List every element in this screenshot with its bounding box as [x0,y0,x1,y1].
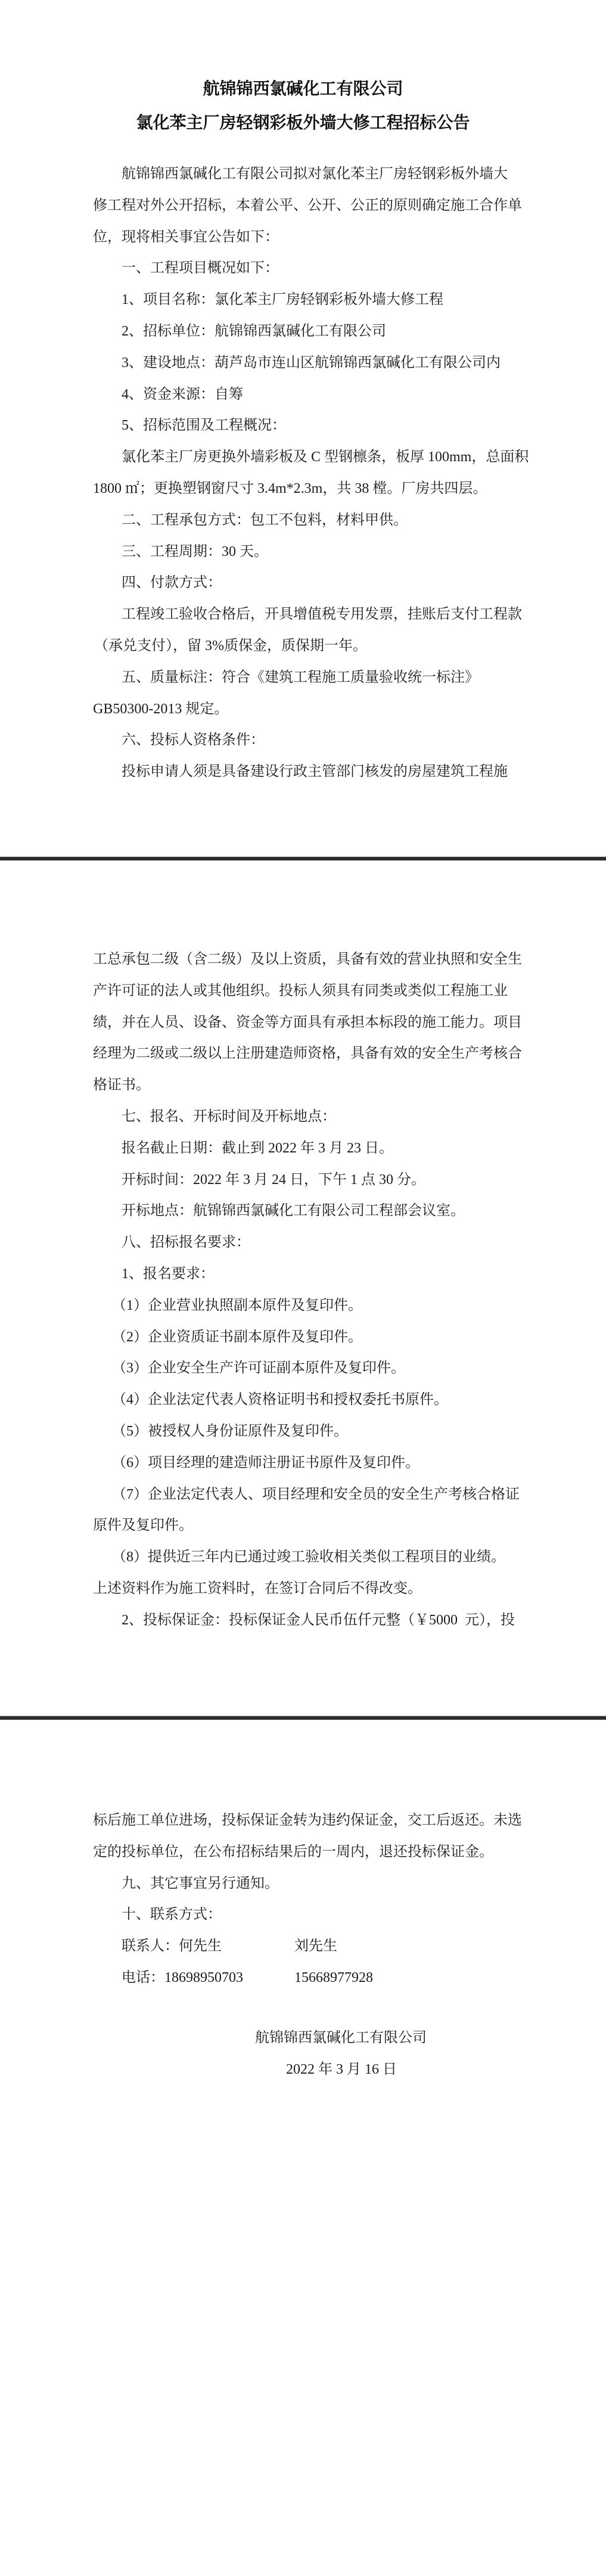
text-line: 五、质量标注：符合《建筑工程施工质量验收统一标注》 [0,669,606,686]
text-line: 修工程对外公开招标，本着公平、公开、公正的原则确定施工合作单 [0,197,606,215]
text-line: 报名截止日期：截止到 2022 年 3 月 23 日。 [0,1139,606,1157]
text-line: 开标时间：2022 年 3 月 24 日，下午 1 点 30 分。 [0,1171,606,1189]
text-line: 4、资金来源：自筹 [0,386,606,403]
document-subtitle: 氯化苯主厂房轻钢彩板外墙大修工程招标公告 [0,113,606,133]
signature-line: 航锦锦西氯碱化工有限公司 [0,2029,606,2047]
text-line: 开标地点：航锦锦西氯碱化工有限公司工程部会议室。 [0,1202,606,1220]
text-line: 绩，并在人员、设备、资金等方面具有承担本标段的施工能力。项目 [0,1014,606,1031]
text-line: 二、工程承包方式：包工不包料，材料甲供。 [0,511,606,529]
text-line: 格证书。 [0,1076,606,1094]
text-line: 1、项目名称：氯化苯主厂房轻钢彩板外墙大修工程 [0,291,606,309]
page-separator [0,857,606,860]
text-line: （3）企业安全生产许可证副本原件及复印件。 [0,1359,606,1377]
text-line: （7）企业法定代表人、项目经理和安全员的安全生产考核合格证 [0,1486,606,1503]
text-line: 工总承包二级（含二级）及以上资质，具备有效的营业执照和安全生 [0,950,606,968]
text-line: （6）项目经理的建造师注册证书原件及复印件。 [0,1454,606,1472]
text-line: 1800 ㎡；更换塑钢窗尺寸 3.4m*2.3m，共 38 樘。厂房共四层。 [0,480,606,498]
text-line: 六、投标人资格条件： [0,731,606,749]
page-separator [0,1716,606,1720]
text-line: 七、报名、开标时间及开标地点： [0,1108,606,1126]
text-line: 1、报名要求： [0,1265,606,1283]
contact-col-2: 刘先生 [294,1937,337,1955]
text-line: 标后施工单位进场，投标保证金转为违约保证金，交工后返还。未选 [0,1811,606,1829]
text-line: 定的投标单位，在公布招标结果后的一周内，退还投标保证金。 [0,1843,606,1861]
text-line: 一、工程项目概况如下： [0,259,606,277]
text-line: （1）企业营业执照副本原件及复印件。 [0,1297,606,1315]
text-line: GB50300-2013 规定。 [0,700,606,718]
text-line: 位，现将相关事宜公告如下： [0,228,606,246]
text-line: 产许可证的法人或其他组织。投标人须具有同类或类似工程施工业 [0,982,606,1000]
text-line: （承兑支付），留 3%质保金，质保期一年。 [0,637,606,655]
text-line: 工程竣工验收合格后，开具增值税专用发票，挂账后支付工程款 [0,605,606,623]
text-line: 三、工程周期：30 天。 [0,543,606,561]
text-line: （4）企业法定代表人资格证明书和授权委托书原件。 [0,1391,606,1409]
text-line: 原件及复印件。 [0,1517,606,1534]
contact-col-2: 15668977928 [294,1969,373,1987]
text-line: 5、招标范围及工程概况： [0,417,606,434]
date-line: 2022 年 3 月 16 日 [0,2061,606,2078]
text-line: （5）被授权人身份证原件及复印件。 [0,1422,606,1440]
text-line: 十、联系方式： [0,1906,606,1924]
text-line: （2）企业资质证书副本原件及复印件。 [0,1328,606,1346]
text-line: 八、招标报名要求： [0,1233,606,1251]
text-line: 航锦锦西氯碱化工有限公司拟对氯化苯主厂房轻钢彩板外墙大 [0,165,606,183]
text-line: 九、其它事宜另行通知。 [0,1875,606,1893]
text-line: 氯化苯主厂房更换外墙彩板及 C 型钢檩条，板厚 100mm，总面积 [0,448,606,466]
contact-col-1: 电话：18698950703 [122,1969,243,1987]
text-line: 2、招标单位：航锦锦西氯碱化工有限公司 [0,322,606,340]
text-line: 2、投标保证金：投标保证金人民币伍仟元整（￥5000 元），投 [0,1611,606,1629]
text-line: 经理为二级或二级以上注册建造师资格，具备有效的安全生产考核合 [0,1045,606,1062]
text-line: 四、付款方式： [0,574,606,592]
text-line: （8）提供近三年内已通过竣工验收相关类似工程项目的业绩。 [0,1548,606,1566]
text-line: 上述资料作为施工资料时，在签订合同后不得改变。 [0,1580,606,1598]
text-line: 投标申请人须是具备建设行政主管部门核发的房屋建筑工程施 [0,763,606,781]
document-title: 航锦锦西氯碱化工有限公司 [0,79,606,100]
text-line: 3、建设地点：葫芦岛市连山区航锦锦西氯碱化工有限公司内 [0,354,606,372]
contact-col-1: 联系人：何先生 [122,1937,222,1955]
document-page-stack: 航锦锦西氯碱化工有限公司氯化苯主厂房轻钢彩板外墙大修工程招标公告航锦锦西氯碱化工… [0,0,606,2576]
